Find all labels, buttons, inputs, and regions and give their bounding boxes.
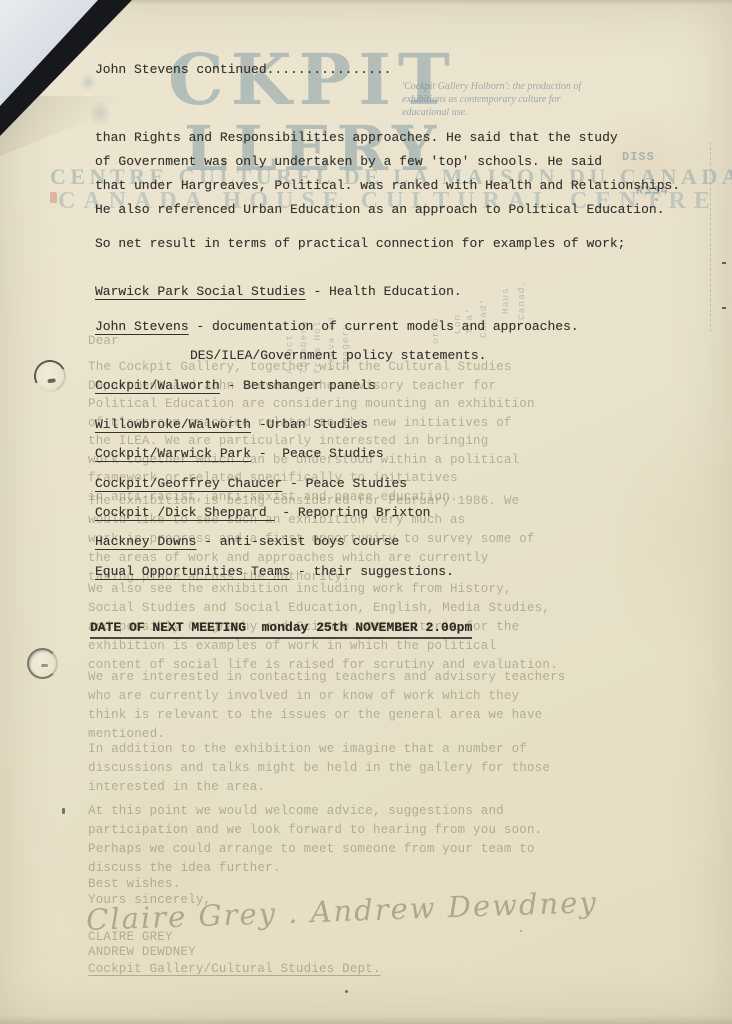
work-item: John Stevens - documentation of current … bbox=[95, 319, 579, 334]
work-item: Hackney Downs - anti-sexist boys course bbox=[95, 534, 399, 549]
ghost-rotated-fragment: Canad. bbox=[516, 254, 527, 320]
work-item: Willowbroke/Walworth -Urban Studies bbox=[95, 417, 368, 432]
punch-hole bbox=[27, 648, 58, 679]
work-item: Cockpit/Walworth - Betshanger panels bbox=[95, 378, 376, 393]
work-item-label: Cockpit/Geoffrey Chaucer bbox=[95, 476, 282, 491]
ghost-salutation: Dear bbox=[88, 332, 119, 351]
ghost-department-line: Cockpit Gallery/Cultural Studies Dept. bbox=[88, 960, 381, 979]
scanned-letter-page: CKPIT LLERY CENTRE CULTUREL DE LA MAISON… bbox=[0, 0, 732, 1024]
punch-hole-tear bbox=[47, 378, 55, 383]
work-item: Cockpit/Warwick Park - Peace Studies bbox=[95, 446, 384, 461]
margin-dashed-line bbox=[710, 142, 711, 332]
work-item-label: John Stevens bbox=[95, 319, 189, 334]
work-item: DES/ILEA/Government policy statements. bbox=[190, 348, 486, 363]
paper-stain bbox=[600, 400, 732, 660]
work-item-label: Hackney Downs bbox=[95, 534, 196, 549]
work-item-label: Warwick Park Social Studies bbox=[95, 284, 306, 299]
paper-bottom-edge bbox=[0, 1016, 732, 1024]
next-meeting-line: DATE OF NEXT MEETING monday 25th NOVEMBE… bbox=[90, 620, 472, 635]
ghost-sender-names: CLAIRE GREY ANDREW DEWDNEY bbox=[88, 930, 196, 960]
punch-hole-tear bbox=[41, 664, 48, 667]
work-item-label: Equal Opportunities Teams bbox=[95, 564, 290, 579]
paper-speck bbox=[62, 808, 65, 814]
body-paragraph: than Rights and Responsibilities approac… bbox=[95, 126, 680, 222]
ghost-paragraph: In addition to the exhibition we imagine… bbox=[88, 740, 550, 797]
work-item-desc: - Reporting Brixton bbox=[274, 505, 430, 520]
next-meeting-text: DATE OF NEXT MEETING monday 25th NOVEMBE… bbox=[90, 620, 472, 639]
work-item-label: Cockpit/Walworth bbox=[95, 378, 220, 393]
work-item-desc: -Urban Studies bbox=[251, 417, 368, 432]
work-item-desc: - Peace Studies bbox=[282, 476, 407, 491]
work-intro-line: So net result in terms of practical conn… bbox=[95, 236, 626, 251]
paper-speck bbox=[520, 930, 522, 932]
work-item-desc: - anti-sexist boys course bbox=[196, 534, 399, 549]
work-item: Equal Opportunities Teams - their sugges… bbox=[95, 564, 454, 579]
work-item-desc: - Peace Studies bbox=[251, 446, 384, 461]
work-item: Cockpit /Dick Sheppard - Reporting Brixt… bbox=[95, 505, 430, 520]
ghost-rotated-fragment: Haus bbox=[500, 258, 511, 314]
work-item: Cockpit/Geoffrey Chaucer - Peace Studies bbox=[95, 476, 407, 491]
paper-speck bbox=[655, 198, 658, 201]
work-item-desc: DES/ILEA/Government policy statements. bbox=[190, 348, 486, 363]
letterhead-red-mark bbox=[50, 192, 57, 203]
edge-tick bbox=[722, 307, 726, 309]
work-item-desc: - documentation of current models and ap… bbox=[189, 319, 579, 334]
ghost-paragraph: At this point we would welcome advice, s… bbox=[88, 802, 542, 878]
ghost-paragraph: We are interested in contacting teachers… bbox=[88, 668, 565, 744]
work-item-label: Cockpit /Dick Sheppard bbox=[95, 505, 274, 520]
letterhead-caption: 'Cockpit Gallery Holborn': the productio… bbox=[402, 80, 581, 119]
paper-speck bbox=[345, 990, 348, 993]
edge-tick bbox=[722, 262, 726, 264]
punch-hole bbox=[30, 356, 70, 396]
work-item-desc: - their suggestions. bbox=[290, 564, 454, 579]
work-item-label: Cockpit/Warwick Park bbox=[95, 446, 251, 461]
work-item-desc: - Betshanger panels bbox=[220, 378, 376, 393]
work-item: Warwick Park Social Studies - Health Edu… bbox=[95, 284, 462, 299]
work-item-desc: - Health Education. bbox=[306, 284, 462, 299]
continuation-header: John Stevens continued................ bbox=[95, 62, 391, 77]
work-item-label: Willowbroke/Walworth bbox=[95, 417, 251, 432]
